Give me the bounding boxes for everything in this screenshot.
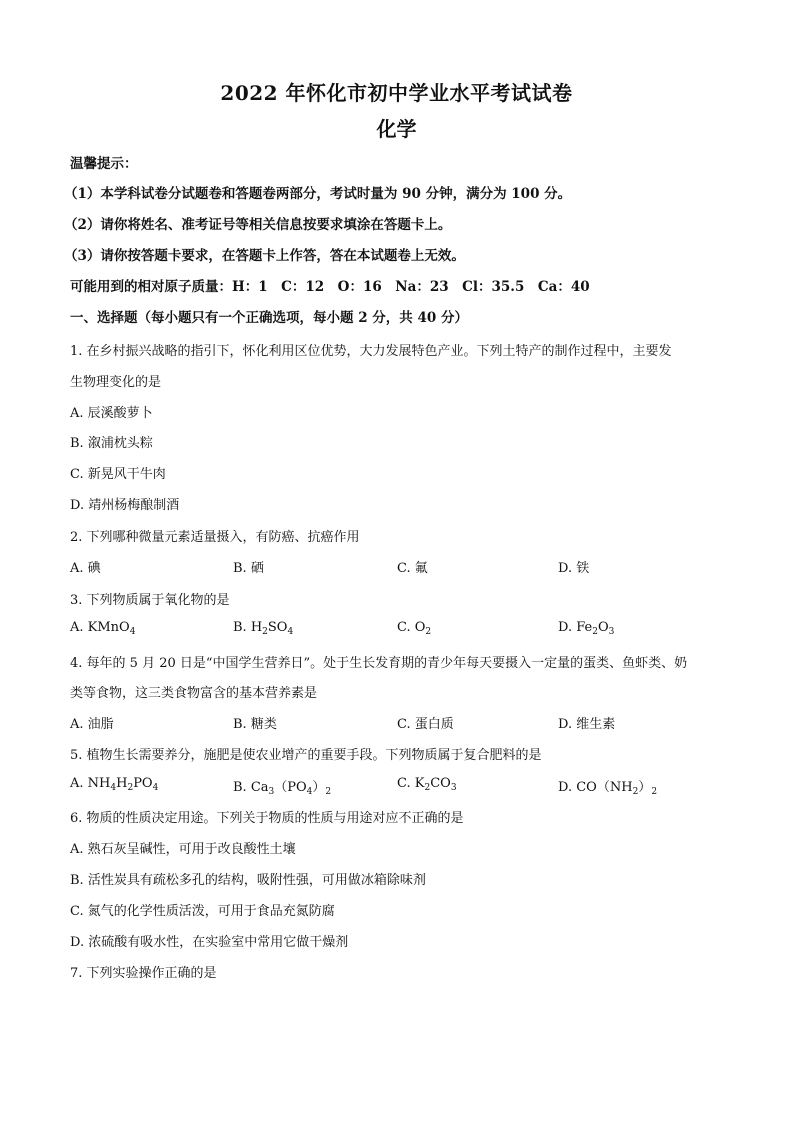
section-heading: 一、选择题（每小题只有一个正确选项，每小题 2 分，共 40 分） [70,306,468,326]
formula-part: O [415,620,426,635]
question-6-option-b: B. 活性炭具有疏松多孔的结构，吸附性强，可用做冰箱除味剂 [70,869,426,888]
question-3-option-b: B. H2SO4 [233,620,293,635]
formula-part: H [116,776,127,791]
question-6-option-c: C. 氮气的化学性质活泼，可用于食品充氮防腐 [70,900,335,919]
option-label: C. [397,620,415,635]
formula-part: H [251,620,262,635]
question-5-option-b: B. Ca3（PO4）2 [233,776,331,795]
notice-item-3: （3）请你按答题卡要求，在答题卡上作答，答在本试题卷上无效。 [64,244,465,264]
question-3-option-d: D. Fe2O3 [558,620,614,635]
question-3-option-a: A. KMnO4 [70,620,135,635]
formula-part: Ca [251,780,269,795]
question-6-stem: 6. 物质的性质决定用途。下列关于物质的性质与用途对应不正确的是 [70,807,464,826]
formula-subscript: 4 [153,783,159,793]
formula-subscript: 2 [651,787,657,797]
question-5-option-a: A. NH4H2PO4 [70,776,158,791]
formula-part: O [598,620,609,635]
formula-subscript: 2 [325,787,331,797]
question-4-stem: 4. 每年的 5 月 20 日是“中国学生营养日”。处于生长发育期的青少年每天要… [70,652,687,671]
formula-subscript: 3 [609,627,615,637]
question-7-stem: 7. 下列实验操作正确的是 [70,962,217,981]
question-4-stem-cont: 类等食物，这三类食物富含的基本营养素是 [70,682,317,701]
formula-part: Fe [576,620,592,635]
question-3-option-c: C. O2 [397,620,431,635]
question-4-option-c: C. 蛋白质 [397,713,454,732]
notice-item-2: （2）请你将姓名、准考证号等相关信息按要求填涂在答题卡上。 [64,213,451,233]
question-2-option-c: C. 氟 [397,557,428,576]
option-label: D. [558,780,576,795]
formula-part: K [415,776,425,791]
question-5-option-d: D. CO（NH2）2 [558,776,657,795]
question-5-stem: 5. 植物生长需要养分，施肥是使农业增产的重要手段。下列物质属于复合肥料的是 [70,744,542,763]
question-1-option-c: C. 新晃风干牛肉 [70,463,166,482]
option-label: A. [70,776,88,791]
question-2-option-b: B. 硒 [233,557,264,576]
question-2-option-a: A. 碘 [70,557,101,576]
formula-part: PO [133,776,152,791]
question-2-stem: 2. 下列哪种微量元素适量摄入，有防癌、抗癌作用 [70,526,360,545]
question-6-option-d: D. 浓硫酸有吸水性，在实验室中常用它做干燥剂 [70,931,348,950]
question-4-option-a: A. 油脂 [70,713,114,732]
question-1-option-a: A. 辰溪酸萝卜 [70,402,153,421]
question-1-option-d: D. 靖州杨梅酿制酒 [70,494,179,513]
question-2-option-d: D. 铁 [558,557,589,576]
question-1-stem: 1. 在乡村振兴战略的指引下，怀化利用区位优势，大力发展特色产业。下列土特产的制… [70,340,672,359]
notice-item-1: （1）本学科试卷分试题卷和答题卷两部分，考试时量为 90 分钟，满分为 100 … [64,182,571,202]
formula-part: CO [430,776,451,791]
formula-part: （PO [274,780,306,795]
formula-part: NH [88,776,111,791]
option-label: A. [70,620,88,635]
formula-part: ） [312,780,325,795]
formula-subscript: 3 [451,783,457,793]
formula-part: SO [268,620,288,635]
formula-subscript: 4 [287,627,293,637]
formula-subscript: 2 [425,627,431,637]
atomic-masses: 可能用到的相对原子质量：H：1 C：12 O：16 Na：23 Cl：35.5 … [70,275,590,295]
question-1-option-b: B. 溆浦枕头粽 [70,432,153,451]
exam-subject: 化学 [0,113,793,142]
question-4-option-d: D. 维生素 [558,713,615,732]
formula-subscript: 4 [130,627,136,637]
question-4-option-b: B. 糖类 [233,713,277,732]
option-label: C. [397,776,415,791]
formula-part: KMnO [88,620,130,635]
question-5-option-c: C. K2CO3 [397,776,457,791]
exam-title: 2022 年怀化市初中学业水平考试试卷 [0,77,793,106]
question-6-option-a: A. 熟石灰呈碱性，可用于改良酸性土壤 [70,838,296,857]
option-label: D. [558,620,576,635]
option-label: B. [233,780,251,795]
notice-heading: 温馨提示： [70,152,138,172]
question-3-stem: 3. 下列物质属于氧化物的是 [70,589,230,608]
question-1-stem-cont: 生物理变化的是 [70,371,161,390]
formula-part: ） [638,780,651,795]
option-label: B. [233,620,251,635]
formula-part: CO（NH [576,780,632,795]
